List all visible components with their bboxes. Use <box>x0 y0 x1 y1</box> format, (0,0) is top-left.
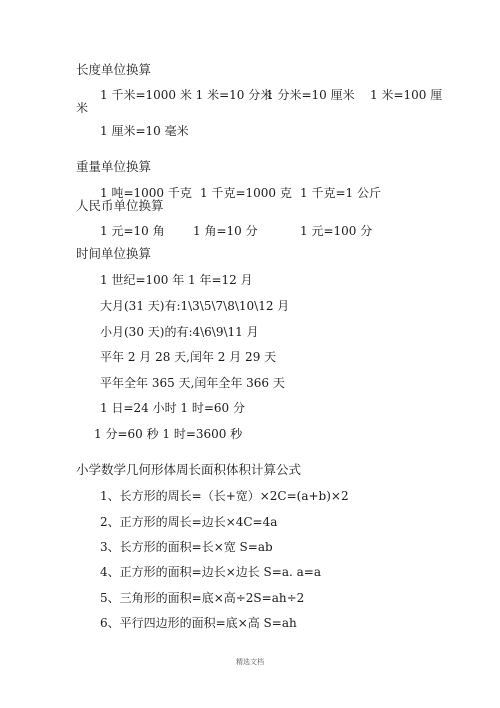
length-conversion-3: 1 米=100 厘 <box>370 88 442 102</box>
length-conversion-2: 1 分米=10 厘米 <box>266 88 355 102</box>
time-item: 1 世纪=100 年 1 年=12 月 <box>100 273 253 287</box>
time-item: 小月(30 天)的有:4\6\9\11 月 <box>100 325 259 339</box>
geometry-heading: 小学数学几何形体周长面积体积计算公式 <box>76 463 301 477</box>
currency-conversion-3: 1 元=100 分 <box>300 224 372 238</box>
formula-item: 2、正方形的周长=边长×4C=4a <box>100 515 277 529</box>
currency-conversion-2: 1 角=10 分 <box>193 224 258 238</box>
time-item: 1 分=60 秒 1 时=3600 秒 <box>94 427 242 441</box>
length-heading: 长度单位换算 <box>76 63 151 77</box>
length-conversion-3-wrap: 米 <box>76 101 88 115</box>
time-item: 平年 2 月 28 天,闰年 2 月 29 天 <box>100 350 276 364</box>
weight-conversion-3: 1 千克=1 公斤 <box>300 186 381 200</box>
time-item: 大月(31 天)有:1\3\5\7\8\10\12 月 <box>100 299 289 313</box>
formula-item: 5、三角形的面积=底×高÷2S=ah÷2 <box>100 591 304 605</box>
time-item: 1 日=24 小时 1 时=60 分 <box>100 401 245 415</box>
formula-item: 1、长方形的周长=（长+宽）×2C=(a+b)×2 <box>100 489 349 503</box>
formula-item: 6、平行四边形的面积=底×高 S=ah <box>100 616 297 630</box>
weight-heading: 重量单位换算 <box>76 160 151 174</box>
weight-conversion-2: 1 千克=1000 克 <box>200 186 292 200</box>
currency-heading: 人民币单位换算 <box>76 199 164 213</box>
currency-conversion-1: 1 元=10 角 <box>100 224 165 238</box>
formula-item: 4、正方形的面积=边长×边长 S=a. a=a <box>100 565 321 579</box>
formula-item: 3、长方形的面积=长×宽 S=ab <box>100 540 273 554</box>
length-conversion-4: 1 厘米=10 毫米 <box>100 124 189 138</box>
time-heading: 时间单位换算 <box>76 247 151 261</box>
page-footer: 精选文档 <box>0 657 500 667</box>
time-item: 平年全年 365 天,闰年全年 366 天 <box>100 376 285 390</box>
length-conversion-1: 1 千米=1000 米 1 米=10 分米 <box>100 88 272 102</box>
